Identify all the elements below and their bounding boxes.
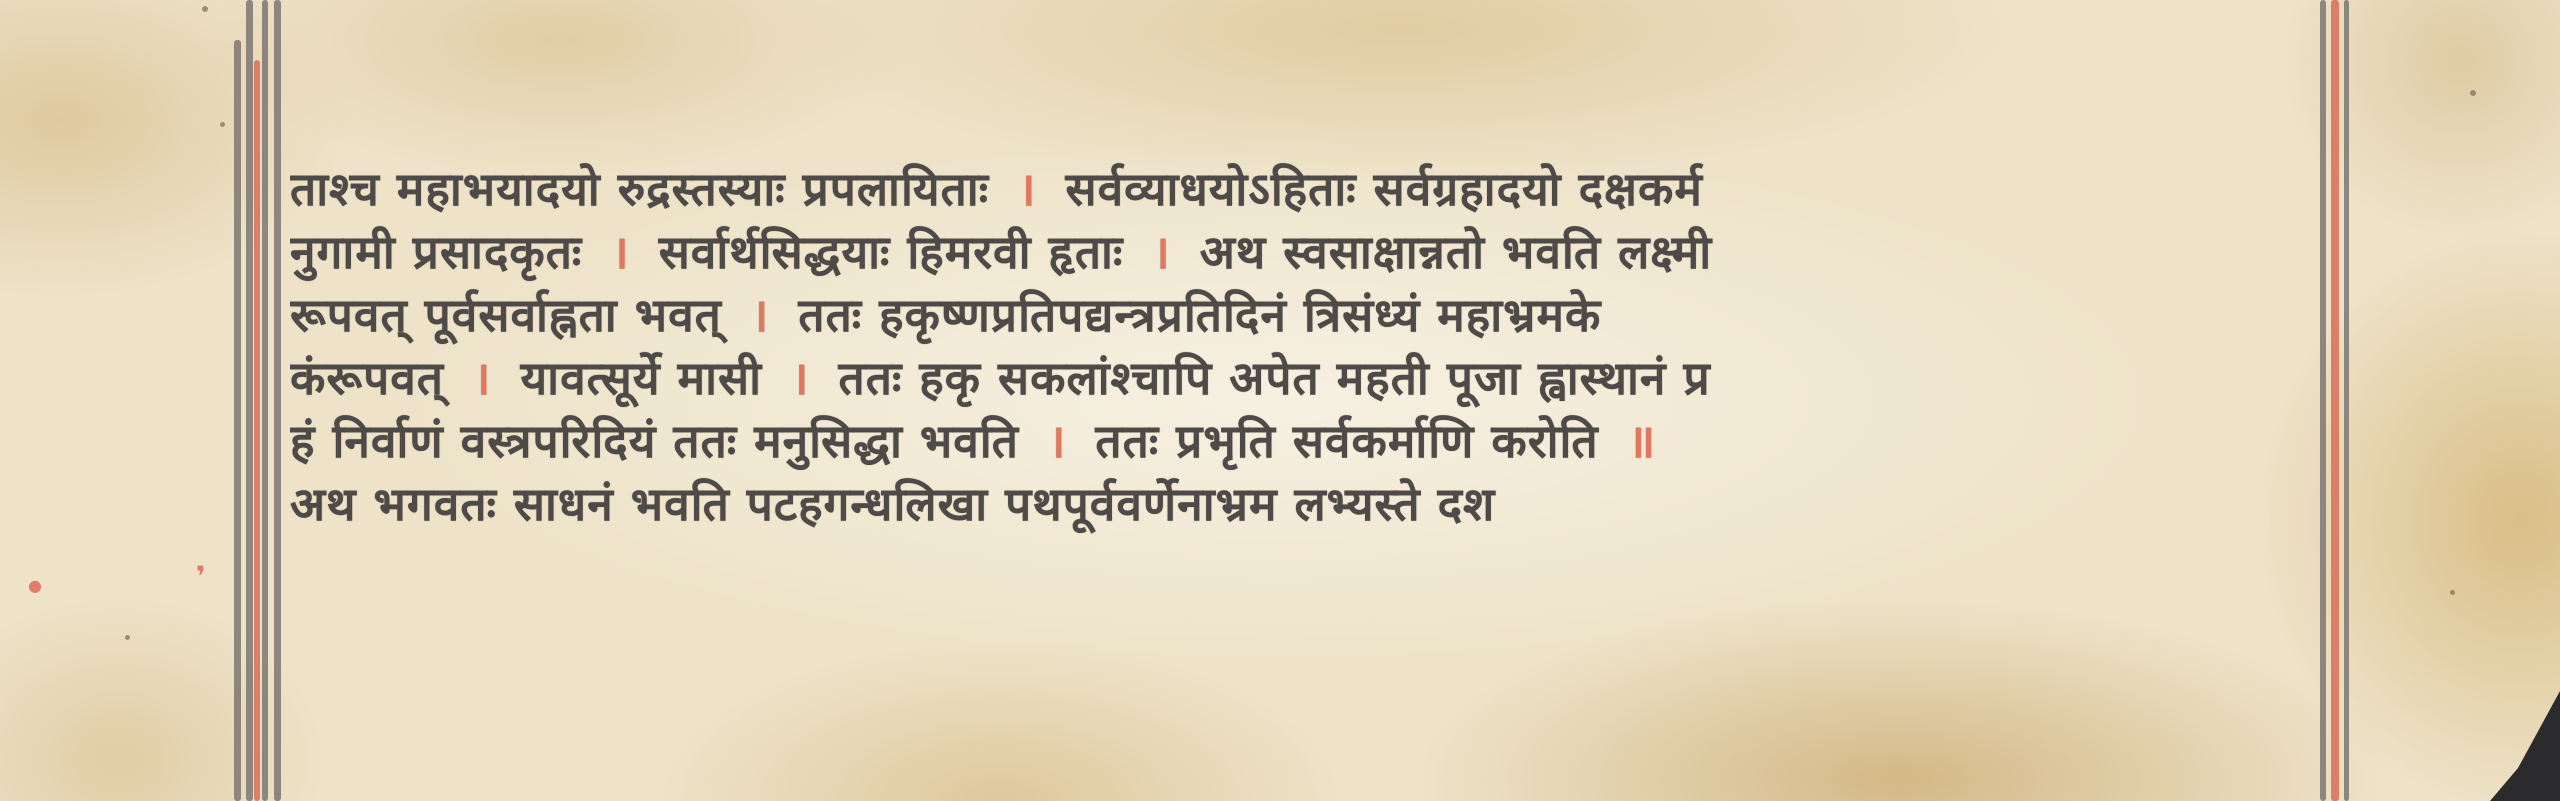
paper-speck: [125, 635, 130, 640]
manuscript-folio: ❜ ● ताश्च महाभयादयो रुद्रस्तस्याः प्रपला…: [0, 0, 2560, 801]
left-margin-rule-red: [254, 60, 260, 801]
text-line-5: हं निर्वाणं वस्त्रपरिदियं ततः मनुसिद्धा …: [290, 410, 2350, 473]
line-6-seg-1: अथ भगवतः साधनं भवति पटहगन्धलिखा पथपूर्वव…: [290, 477, 1495, 531]
paper-speck: [2450, 590, 2455, 595]
danda-mark: ।: [1006, 162, 1048, 216]
line-3-seg-1: रूपवत् पूर्वसर्वाह्नता भवत्: [290, 288, 722, 342]
torn-corner-background: [2490, 691, 2560, 801]
line-4-seg-1: कंरूपवत्: [290, 351, 444, 405]
text-line-3: रूपवत् पूर्वसर्वाह्नता भवत् । ततः हकृष्ण…: [290, 284, 2350, 347]
manuscript-text-block: ताश्च महाभयादयो रुद्रस्तस्याः प्रपलायिता…: [290, 158, 2350, 536]
left-margin-rule-inner-a: [246, 0, 253, 801]
danda-mark: ।: [1140, 225, 1182, 279]
left-margin-red-dot: ●: [28, 576, 42, 595]
text-line-6: अथ भगवतः साधनं भवति पटहगन्धलिखा पथपूर्वव…: [290, 473, 2350, 536]
left-margin-rule-inner-b: [262, 0, 268, 801]
left-margin-red-mark: ❜: [196, 560, 206, 593]
line-4-seg-2: यावत्सूर्ये मासी: [520, 351, 762, 405]
left-margin-rule-text-edge: [274, 0, 281, 801]
text-line-1: ताश्च महाभयादयो रुद्रस्तस्याः प्रपलायिता…: [290, 158, 2350, 221]
paper-speck: [220, 122, 225, 127]
line-5-seg-1: हं निर्वाणं वस्त्रपरिदियं ततः मनुसिद्धा …: [290, 414, 1019, 468]
text-line-2: नुगामी प्रसादकृतः । सर्वार्थसिद्धयाः हिम…: [290, 221, 2350, 284]
line-2-seg-3: अथ स्वसाक्षान्नतो भवति लक्ष्मी: [1200, 225, 1712, 279]
left-margin-rule-outer: [234, 40, 241, 801]
danda-mark: ।: [461, 351, 503, 405]
paper-speck: [2470, 90, 2476, 96]
line-5-seg-2: ततः प्रभृति सर्वकर्माणि करोति: [1095, 414, 1598, 468]
danda-mark: ।: [599, 225, 641, 279]
line-4-seg-3: ततः हकृ सकलांश्चापि अपेत महती पूजा ह्वास…: [839, 351, 1711, 405]
danda-mark: ।: [779, 351, 821, 405]
double-danda-mark: ॥: [1616, 414, 1669, 468]
line-3-seg-2: ततः हकृष्णप्रतिपद्यन्त्रप्रतिदिनं त्रिसं…: [798, 288, 1601, 342]
line-2-seg-1: नुगामी प्रसादकृतः: [290, 225, 582, 279]
line-1-seg-1: ताश्च महाभयादयो रुद्रस्तस्याः प्रपलायिता…: [290, 162, 989, 216]
line-1-seg-2: सर्वव्याधयोऽहिताः सर्वग्रहादयो दक्षकर्म: [1065, 162, 1702, 216]
danda-mark: ।: [739, 288, 781, 342]
paper-speck: [202, 6, 208, 12]
line-2-seg-2: सर्वार्थसिद्धयाः हिमरवी हृताः: [659, 225, 1124, 279]
text-line-4: कंरूपवत् । यावत्सूर्ये मासी । ततः हकृ सक…: [290, 347, 2350, 410]
danda-mark: ।: [1036, 414, 1078, 468]
